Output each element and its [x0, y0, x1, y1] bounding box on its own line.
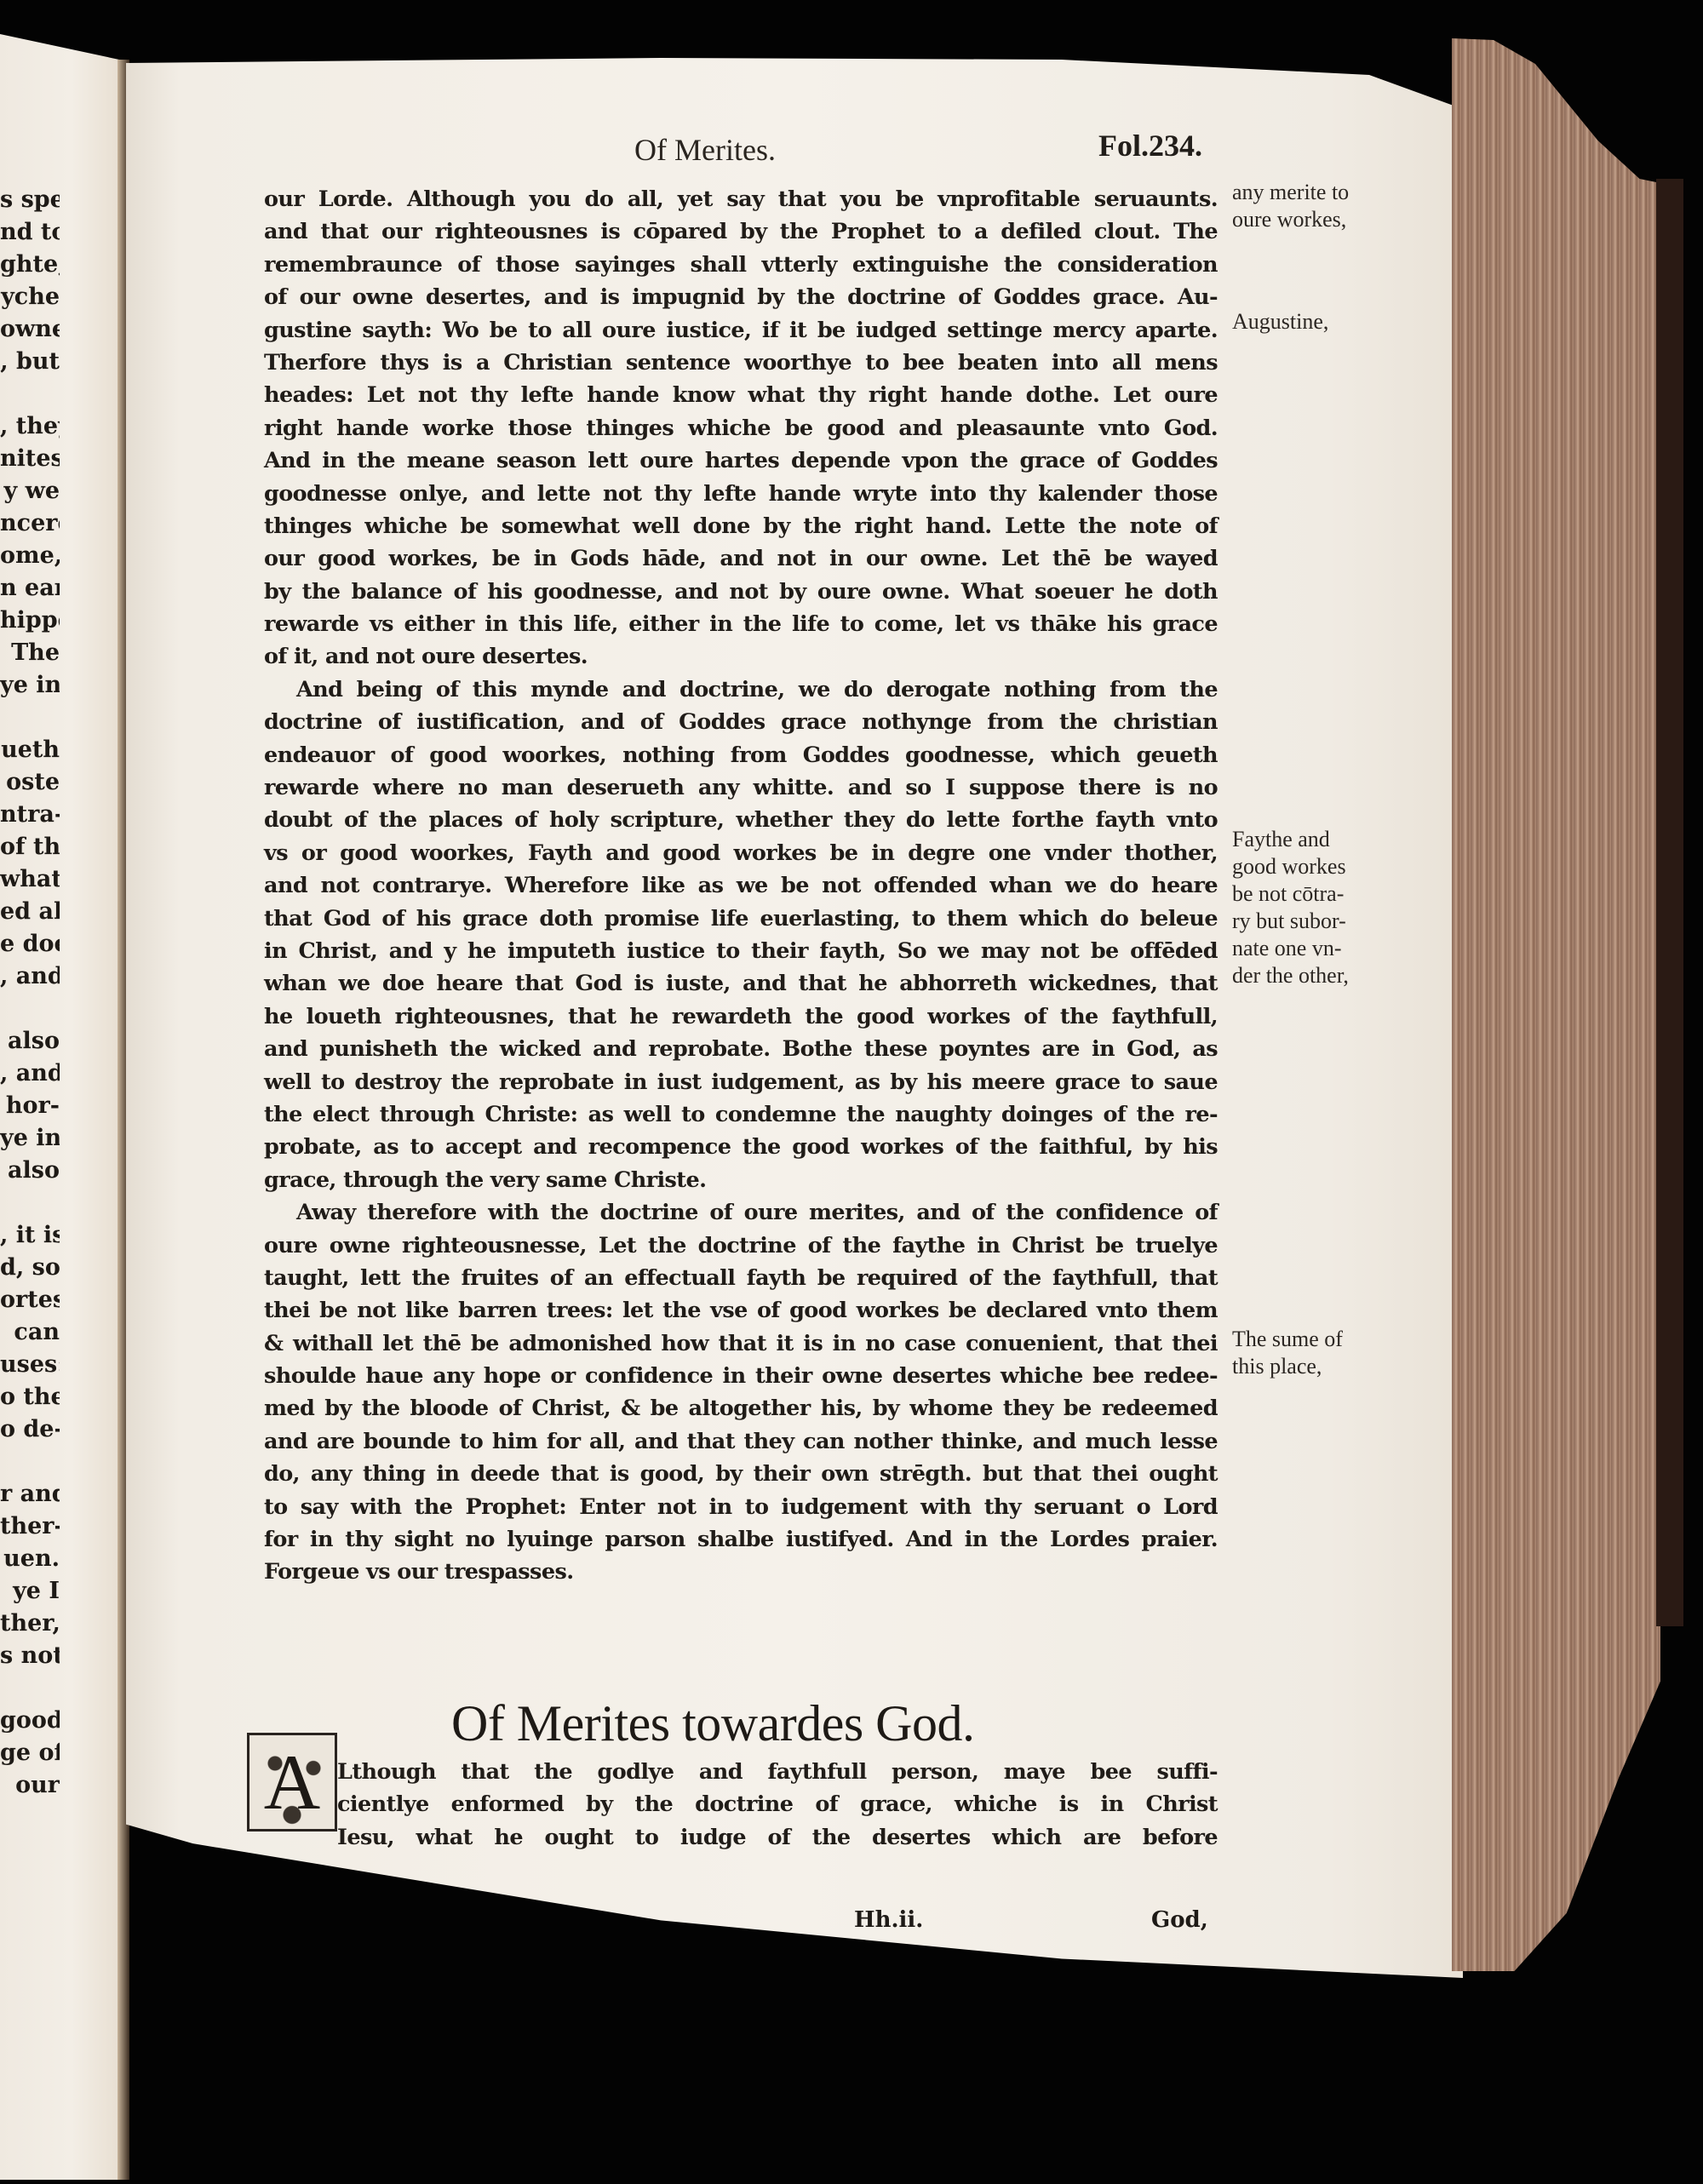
text-line: rewarde where no man deserueth any whitt…	[264, 771, 1218, 804]
text-line: Away therefore with the doctrine of oure…	[264, 1196, 1218, 1229]
left-page-fragment: ye in	[0, 1122, 60, 1155]
margin-note-line: The sume of	[1232, 1326, 1343, 1353]
left-page-fragment: ther-	[0, 1510, 60, 1543]
catchword: God,	[1151, 1907, 1208, 1933]
left-page-fragment: hippe	[0, 605, 60, 637]
text-line: our good workes, be in Gods hāde, and no…	[264, 542, 1218, 575]
left-page-fragment: ghte,	[0, 249, 60, 281]
margin-note: The sume ofthis place,	[1232, 1326, 1343, 1380]
left-page-fragment: also	[0, 1155, 60, 1187]
left-page-fragment	[0, 1672, 60, 1705]
margin-note-line: be not cōtra-	[1232, 880, 1349, 908]
section-body-text: Lthough that the godlye and faythfull pe…	[337, 1756, 1218, 1854]
left-page-fragment: , they	[0, 410, 60, 443]
text-line: thei be not like barren trees: let the v…	[264, 1294, 1218, 1327]
left-page-fragment: what	[0, 863, 60, 896]
text-line: right hande worke those thinges whiche b…	[264, 412, 1218, 444]
left-page-fragment: o the	[0, 1381, 60, 1413]
left-page-fragment: , but	[0, 346, 60, 378]
left-page-fragment: e doe	[0, 928, 60, 960]
left-page-fragment: also	[0, 1025, 60, 1058]
text-line: heades: Let not thy lefte hande know wha…	[264, 379, 1218, 411]
folio-number: Fol.234.	[1098, 128, 1202, 163]
margin-note-line: nate one vn-	[1232, 935, 1349, 962]
left-page-fragment: ome,	[0, 540, 60, 572]
left-page-fragment	[0, 1446, 60, 1478]
text-line: and not contrarye. Wherefore like as we …	[264, 869, 1218, 902]
text-line: and are bounde to him for all, and that …	[264, 1425, 1218, 1458]
margin-note: Augustine,	[1232, 308, 1328, 335]
left-page-fragment: n ear-	[0, 572, 60, 605]
left-page-fragment: oste	[0, 766, 60, 799]
left-page-fragment: ueth	[0, 734, 60, 766]
left-page-fragment: our	[0, 1769, 60, 1802]
left-page-fragment: o de-	[0, 1413, 60, 1446]
text-line: for in thy sight no lyuinge parson shalb…	[264, 1523, 1218, 1556]
left-page-fragment: ortes	[0, 1284, 60, 1316]
text-line: Forgeue vs our trespasses.	[264, 1556, 1218, 1588]
text-line: and that our righteousnes is cōpared by …	[264, 215, 1218, 248]
margin-note: any merite tooure workes,	[1232, 179, 1349, 233]
left-page-fragment: of the	[0, 831, 60, 863]
left-page-fragment: hor-	[0, 1090, 60, 1122]
text-line: to say with the Prophet: Enter not in to…	[264, 1491, 1218, 1523]
text-line: Therfore thys is a Christian sentence wo…	[264, 347, 1218, 379]
left-page-fragment: ntra-	[0, 799, 60, 831]
left-page-fragment	[0, 378, 60, 410]
text-line: he loueth righteousnes, that he rewardet…	[264, 1000, 1218, 1033]
left-page-fragment: r and	[0, 1478, 60, 1510]
left-page-fragment: ther,	[0, 1608, 60, 1640]
margin-note-line: this place,	[1232, 1353, 1343, 1380]
text-line: doubt of the places of holy scripture, w…	[264, 804, 1218, 836]
text-line: shoulde haue any hope or confidence in t…	[264, 1360, 1218, 1392]
text-line: the elect through Christe: as well to co…	[264, 1098, 1218, 1131]
left-page-text-fragments: s spe-nd toghte,ycheowne, but, theynites…	[0, 184, 60, 1802]
text-line: And being of this mynde and doctrine, we…	[264, 674, 1218, 706]
margin-note-line: der the other,	[1232, 962, 1349, 989]
text-line: by the balance of his goodnesse, and not…	[264, 576, 1218, 608]
text-line: of it, and not oure desertes.	[264, 640, 1218, 673]
margin-note-line: any merite to	[1232, 179, 1349, 206]
text-line: that God of his grace doth promise life …	[264, 903, 1218, 935]
text-line: do, any thing in deede that is good, by …	[264, 1458, 1218, 1490]
left-page-fragment: s spe-	[0, 184, 60, 216]
text-line: gustine sayth: Wo be to all oure iustice…	[264, 314, 1218, 347]
left-page-fragment	[0, 993, 60, 1025]
book-cover-edge	[1656, 179, 1683, 1626]
text-line: of our owne desertes, and is impugnid by…	[264, 281, 1218, 313]
left-page-fragment: ge of	[0, 1737, 60, 1769]
text-line: goodnesse onlye, and lette not thy lefte…	[264, 478, 1218, 510]
left-page-fragment: yche	[0, 281, 60, 313]
text-line: Iesu, what he ought to iudge of the dese…	[337, 1821, 1218, 1854]
left-page-fragment: ye I	[0, 1575, 60, 1608]
signature-mark: Hh.ii.	[854, 1907, 923, 1933]
running-head: Of Merites.	[634, 132, 776, 168]
left-page-fragment: uen.	[0, 1543, 60, 1575]
left-page-fragment: , it is	[0, 1219, 60, 1252]
text-line: taught, lett the fruites of an effectual…	[264, 1262, 1218, 1294]
left-page-fragment: can	[0, 1316, 60, 1349]
left-page-fragment: good	[0, 1705, 60, 1737]
text-line: & withall let thē be admonished how that…	[264, 1327, 1218, 1360]
text-line: probate, as to accept and recompence the…	[264, 1131, 1218, 1163]
left-page-fragment: , and	[0, 1058, 60, 1090]
text-line: grace, through the very same Christe.	[264, 1164, 1218, 1196]
left-page-fragment: s not	[0, 1640, 60, 1672]
text-line: rewarde vs either in this life, either i…	[264, 608, 1218, 640]
left-page-fragment: ed all	[0, 896, 60, 928]
text-line: vs or good woorkes, Fayth and good worke…	[264, 837, 1218, 869]
section-heading: Of Merites towardes God.	[451, 1694, 975, 1753]
book-fore-edge	[1452, 38, 1660, 1971]
left-page-fragment: ye in	[0, 669, 60, 702]
left-page-fragment	[0, 1187, 60, 1219]
margin-note-line: Augustine,	[1232, 308, 1328, 335]
margin-note-line: oure workes,	[1232, 206, 1349, 233]
text-line: thinges whiche be somewhat well done by …	[264, 510, 1218, 542]
left-page-fragment: nd to	[0, 216, 60, 249]
text-line: med by the bloode of Christ, & be altoge…	[264, 1392, 1218, 1424]
left-page-fragment: , and	[0, 960, 60, 993]
text-line: remembraunce of those sayinges shall vtt…	[264, 249, 1218, 281]
text-line: cientlye enformed by the doctrine of gra…	[337, 1788, 1218, 1820]
text-line: and punisheth the wicked and reprobate. …	[264, 1033, 1218, 1065]
text-line: our Lorde. Although you do all, yet say …	[264, 183, 1218, 215]
margin-note: Faythe andgood workesbe not cōtra-ry but…	[1232, 826, 1349, 989]
text-line: well to destroy the reprobate in iust iu…	[264, 1066, 1218, 1098]
left-page-fragment: ncere	[0, 507, 60, 540]
left-page-fragment: nites.	[0, 443, 60, 475]
left-page-fragment: owne	[0, 313, 60, 346]
text-line: Lthough that the godlye and faythfull pe…	[337, 1756, 1218, 1788]
left-page-fragment	[0, 702, 60, 734]
margin-note-line: ry but subor-	[1232, 908, 1349, 935]
margin-note-line: good workes	[1232, 853, 1349, 880]
left-page-fragment: y we	[0, 475, 60, 507]
text-line: in Christ, and y he imputeth iustice to …	[264, 935, 1218, 967]
text-line: endeauor of good woorkes, nothing from G…	[264, 739, 1218, 771]
margin-note-line: Faythe and	[1232, 826, 1349, 853]
text-line: whan we doe heare that God is iuste, and…	[264, 967, 1218, 1000]
text-line: oure owne righteousnesse, Let the doctri…	[264, 1230, 1218, 1262]
left-page-fragment: d, so	[0, 1252, 60, 1284]
text-line: doctrine of iustification, and of Goddes…	[264, 706, 1218, 738]
text-line: And in the meane season lett oure hartes…	[264, 444, 1218, 477]
left-page-fragment: The	[0, 637, 60, 669]
decorated-initial-icon: A	[247, 1733, 337, 1831]
body-text: our Lorde. Although you do all, yet say …	[264, 183, 1218, 1589]
left-page-fragment: uses:	[0, 1349, 60, 1381]
